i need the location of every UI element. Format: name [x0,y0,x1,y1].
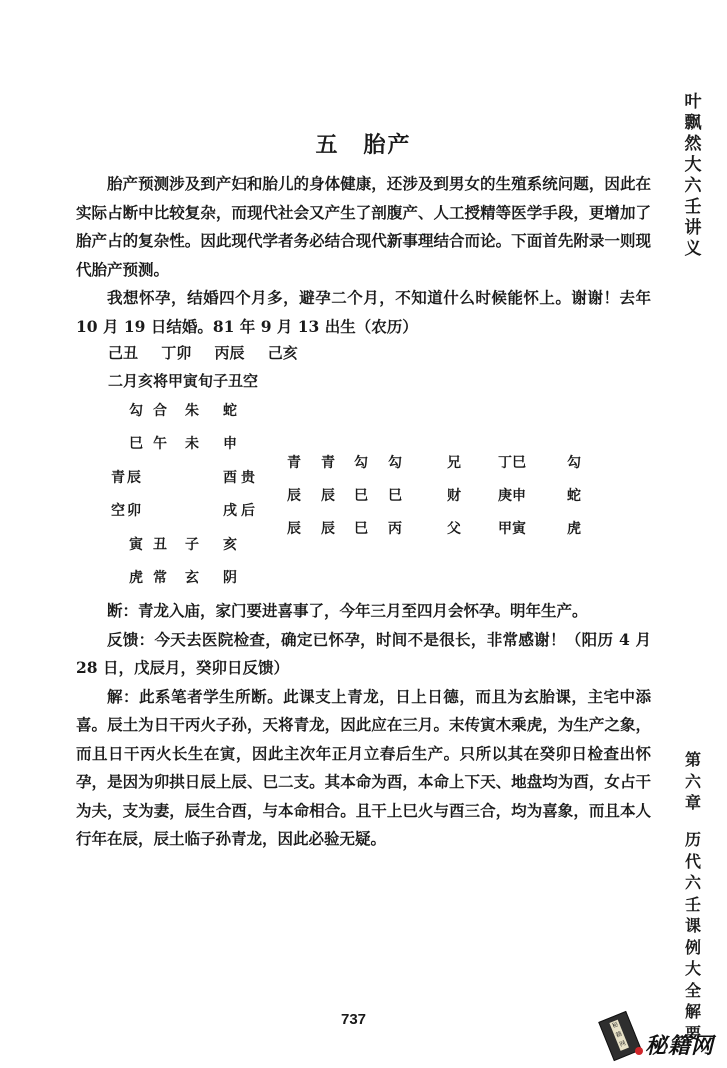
plate-branch: 亥 [220,534,240,554]
lesson-cell: 青 [318,452,338,472]
book-title-vertical: 叶飘然大六壬讲义 [682,92,704,260]
plate-branch: 丑 [150,534,170,554]
plate-general: 朱 [182,400,202,420]
plate-general: 后 [238,500,258,520]
transmission-general: 虎 [564,518,584,538]
transmission-relative: 兄 [444,452,464,472]
lesson-cell: 辰 [284,485,304,505]
explanation-paragraph: 解：此系笔者学生所断。此课支上青龙，日上日德，而且为玄胎课，主宅中添喜。辰土为日… [76,683,651,854]
section-title-text: 胎产 [364,133,412,158]
transmission-stem-branch: 甲寅 [498,518,538,538]
plate-branch: 子 [182,534,202,554]
section-title: 五胎产 [0,128,727,159]
plate-general: 虎 [126,567,146,587]
plate-general: 贵 [238,467,258,487]
lesson-cell: 辰 [318,485,338,505]
pillar-year: 己丑 [108,344,138,362]
plate-general: 蛇 [220,400,240,420]
plate-branch: 辰 [124,467,144,487]
lesson-cell: 勾 [351,452,371,472]
transmission-general: 勾 [564,452,584,472]
plate-general: 玄 [182,567,202,587]
lesson-cell: 丙 [385,518,405,538]
plate-branch: 戌 [220,500,240,520]
plate-general: 合 [150,400,170,420]
plate-branch: 酉 [220,467,240,487]
pillar-day: 丙辰 [215,344,245,362]
judgement-paragraph: 断：青龙入庙，家门要进喜事了，今年三月至四月会怀孕。明年生产。 [76,597,651,626]
section-number: 五 [315,133,339,158]
lesson-cell: 巳 [351,518,371,538]
seal-icon [635,1047,643,1055]
lesson-cell: 巳 [385,485,405,505]
four-pillars: 己丑 丁卯 丙辰 己亥 [108,342,316,363]
lesson-cell: 辰 [318,518,338,538]
question-paragraph: 我想怀孕，结婚四个月多，避孕二个月，不知道什么时候能怀上。谢谢！去年 10 月 … [76,284,651,341]
transmission-general: 蛇 [564,485,584,505]
pillar-month: 丁卯 [161,344,191,362]
month-general-line: 二月亥将甲寅旬子丑空 [108,370,258,391]
page-number: 737 [341,1011,366,1028]
transmission-stem-branch: 庚申 [498,485,538,505]
book-label: 秘籍网 [609,1020,629,1051]
lesson-cell: 辰 [284,518,304,538]
lesson-cell: 勾 [385,452,405,472]
chapter-title-vertical: 历代六壬课例大全解要 [682,829,704,1044]
transmission-stem-branch: 丁巳 [498,452,538,472]
analysis-block: 断：青龙入庙，家门要进喜事了，今年三月至四月会怀孕。明年生产。 反馈：今天去医院… [76,597,651,854]
intro-block: 胎产预测涉及到产妇和胎儿的身体健康，还涉及到男女的生殖系统问题，因此在实际占断中… [76,170,651,341]
plate-branch: 卯 [124,500,144,520]
transmission-relative: 财 [444,485,464,505]
plate-general: 勾 [126,400,146,420]
plate-general: 常 [150,567,170,587]
plate-branch: 午 [150,433,170,453]
watermark-logo: 秘籍网 秘籍网 [603,1013,721,1063]
plate-branch: 巳 [126,433,146,453]
lesson-cell: 巳 [351,485,371,505]
plate-branch: 申 [220,433,240,453]
lesson-cell: 青 [284,452,304,472]
watermark-text: 秘籍网 [645,1029,714,1060]
transmission-relative: 父 [444,518,464,538]
chapter-label-vertical: 第六章 [682,749,704,814]
plate-branch: 未 [182,433,202,453]
plate-branch: 寅 [126,534,146,554]
pillar-hour: 己亥 [268,344,298,362]
plate-general: 阴 [220,567,240,587]
intro-paragraph: 胎产预测涉及到产妇和胎儿的身体健康，还涉及到男女的生殖系统问题，因此在实际占断中… [76,170,651,284]
feedback-paragraph: 反馈：今天去医院检查，确定已怀孕，时间不是很长，非常感谢！（阳历 4 月 28 … [76,626,651,683]
